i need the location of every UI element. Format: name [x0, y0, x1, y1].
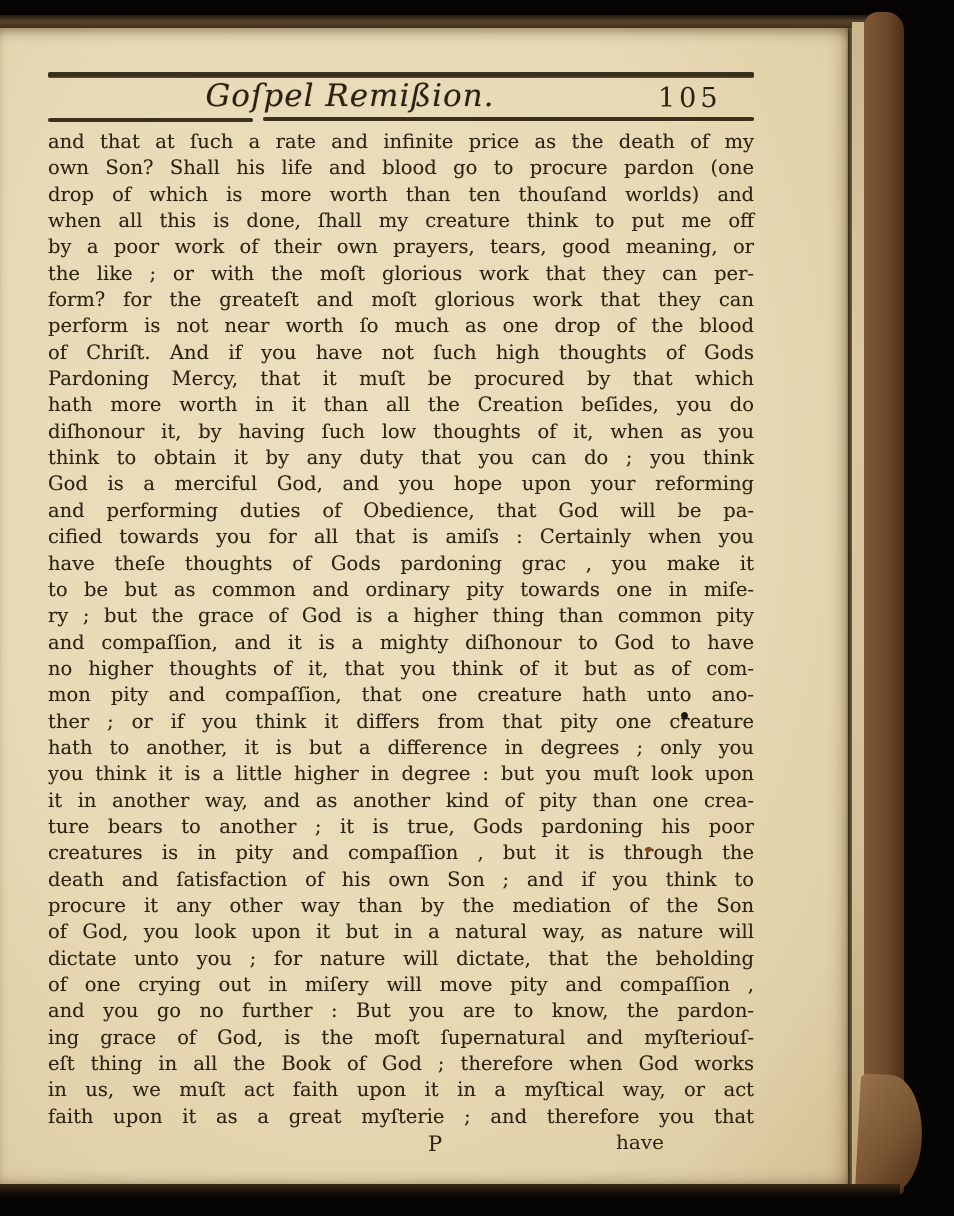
catchword: have — [616, 1130, 664, 1154]
text-line: when all this is done, ſhall my creature… — [48, 208, 754, 234]
page-title: Goſpel Remißion. — [206, 78, 495, 114]
text-line: and performing duties of Obedience, that… — [48, 498, 754, 524]
text-line: ture bears to another ; it is true, Gods… — [48, 814, 754, 840]
text-line: faith upon it as a great myſterie ; and … — [48, 1104, 754, 1130]
text-line: diſhonour it, by having ſuch low thought… — [48, 419, 754, 445]
text-line: own Son? Shall his life and blood go to … — [48, 155, 754, 181]
text-line: ing grace of God, is the moſt ſupernatur… — [48, 1025, 754, 1051]
signature-mark: P — [428, 1132, 442, 1156]
text-line: dictate unto you ; for nature will dicta… — [48, 946, 754, 972]
text-line: drop of which is more worth than ten tho… — [48, 182, 754, 208]
header-rule-top — [48, 72, 754, 77]
text-line: ry ; but the grace of God is a higher th… — [48, 603, 754, 629]
text-line: think to obtain it by any duty that you … — [48, 445, 754, 471]
fore-edge-paper — [852, 22, 864, 1188]
margin-dot — [681, 712, 688, 719]
text-line: God is a merciful God, and you hope upon… — [48, 471, 754, 497]
text-line: you think it is a little higher in degre… — [48, 761, 754, 787]
text-line: to be but as common and ordinary pity to… — [48, 577, 754, 603]
text-line: form? for the greateſt and moſt glorious… — [48, 287, 754, 313]
cover-corner-curl — [855, 1073, 925, 1194]
text-line: by a poor work of their own prayers, tea… — [48, 234, 754, 260]
text-line: the like ; or with the moſt glorious wor… — [48, 261, 754, 287]
text-line: hath more worth in it than all the Creat… — [48, 392, 754, 418]
text-line: of Chriſt. And if you have not ſuch high… — [48, 340, 754, 366]
text-line: perform is not near worth ſo much as one… — [48, 313, 754, 339]
text-line: and compaſſion, and it is a mighty diſho… — [48, 630, 754, 656]
book-page: Goſpel Remißion. 105 and that at ſuch a … — [0, 28, 848, 1188]
body-text: and that at ſuch a rate and infinite pri… — [48, 129, 754, 1130]
text-line: ther ; or if you think it differs from t… — [48, 709, 754, 735]
text-line: eſt thing in all the Book of God ; there… — [48, 1051, 754, 1077]
text-line: death and ſatisfaction of his own Son ; … — [48, 867, 754, 893]
text-line: in us, we muſt act faith upon it in a my… — [48, 1077, 754, 1103]
text-line: procure it any other way than by the med… — [48, 893, 754, 919]
text-line: no higher thoughts of it, that you think… — [48, 656, 754, 682]
text-line: it in another way, and as another kind o… — [48, 788, 754, 814]
page-number: 105 — [658, 83, 722, 114]
header-rule-bottom-left — [48, 118, 253, 122]
text-line: of one crying out in miſery will move pi… — [48, 972, 754, 998]
book-cover-edge — [864, 12, 904, 1194]
text-line: of God, you look upon it but in a natura… — [48, 919, 754, 945]
text-line: hath to another, it is but a difference … — [48, 735, 754, 761]
book-bottom-shadow — [0, 1184, 900, 1198]
text-line: Pardoning Mercy, that it muſt be procure… — [48, 366, 754, 392]
text-line: mon pity and compaſſion, that one creatu… — [48, 682, 754, 708]
header-rule-bottom-right — [263, 117, 754, 121]
text-line: and you go no further : But you are to k… — [48, 998, 754, 1024]
text-line: have theſe thoughts of Gods pardoning gr… — [48, 551, 754, 577]
text-line: cified towards you for all that is amiſs… — [48, 524, 754, 550]
text-line: and that at ſuch a rate and infinite pri… — [48, 129, 754, 155]
text-line: creatures is in pity and compaſſion , bu… — [48, 840, 754, 866]
signature-line: P have — [48, 1132, 754, 1162]
